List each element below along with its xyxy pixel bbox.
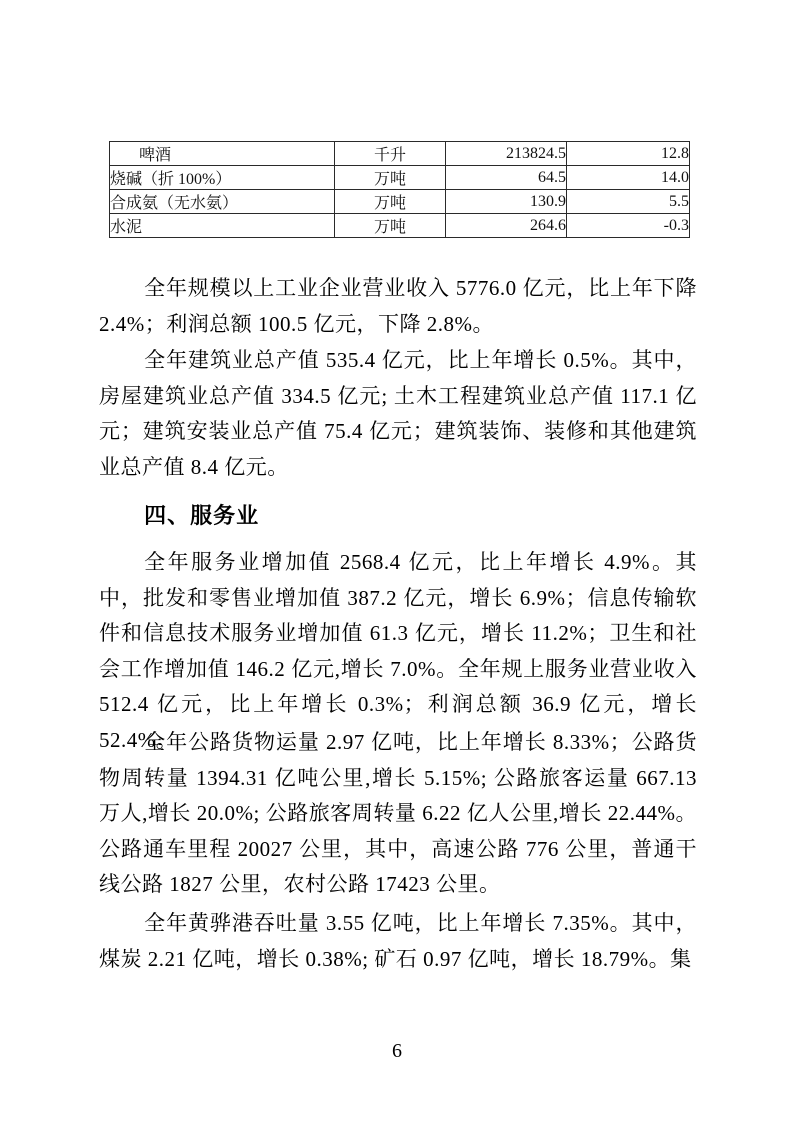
paragraph-construction-output: 全年建筑业总产值 535.4 亿元，比上年增长 0.5%。其中，房屋建筑业总产值… xyxy=(99,343,697,485)
product-name: 合成氨（无水氨） xyxy=(110,190,335,214)
product-name: 啤酒 xyxy=(110,142,335,166)
table-row-beer: 啤酒 千升 213824.5 12.8 xyxy=(110,142,690,166)
paragraph-road-transport: 全年公路货物运量 2.97 亿吨，比上年增长 8.33%；公路货物周转量 139… xyxy=(99,725,697,903)
product-output-value: 264.6 xyxy=(446,214,567,238)
section-heading-services: 四、服务业 xyxy=(99,498,697,534)
paragraph-port-throughput: 全年黄骅港吞吐量 3.55 亿吨，比上年增长 7.35%。其中，煤炭 2.21 … xyxy=(99,906,697,977)
product-unit: 千升 xyxy=(335,142,446,166)
product-growth-rate: 5.5 xyxy=(567,190,690,214)
table-row-synthetic-ammonia: 合成氨（无水氨） 万吨 130.9 5.5 xyxy=(110,190,690,214)
document-page: 啤酒 千升 213824.5 12.8 烧碱（折 100%） 万吨 64.5 1… xyxy=(0,0,794,1123)
product-output-value: 213824.5 xyxy=(446,142,567,166)
product-name: 烧碱（折 100%） xyxy=(110,166,335,190)
table-row-caustic-soda: 烧碱（折 100%） 万吨 64.5 14.0 xyxy=(110,166,690,190)
product-growth-rate: 12.8 xyxy=(567,142,690,166)
product-unit: 万吨 xyxy=(335,190,446,214)
product-growth-rate: -0.3 xyxy=(567,214,690,238)
product-unit: 万吨 xyxy=(335,166,446,190)
product-growth-rate: 14.0 xyxy=(567,166,690,190)
paragraph-industrial-revenue: 全年规模以上工业企业营业收入 5776.0 亿元，比上年下降 2.4%；利润总额… xyxy=(99,271,697,342)
industrial-products-table: 啤酒 千升 213824.5 12.8 烧碱（折 100%） 万吨 64.5 1… xyxy=(109,141,690,238)
product-unit: 万吨 xyxy=(335,214,446,238)
product-name: 水泥 xyxy=(110,214,335,238)
product-output-value: 130.9 xyxy=(446,190,567,214)
product-output-value: 64.5 xyxy=(446,166,567,190)
page-number: 6 xyxy=(0,1041,794,1061)
table-row-cement: 水泥 万吨 264.6 -0.3 xyxy=(110,214,690,238)
